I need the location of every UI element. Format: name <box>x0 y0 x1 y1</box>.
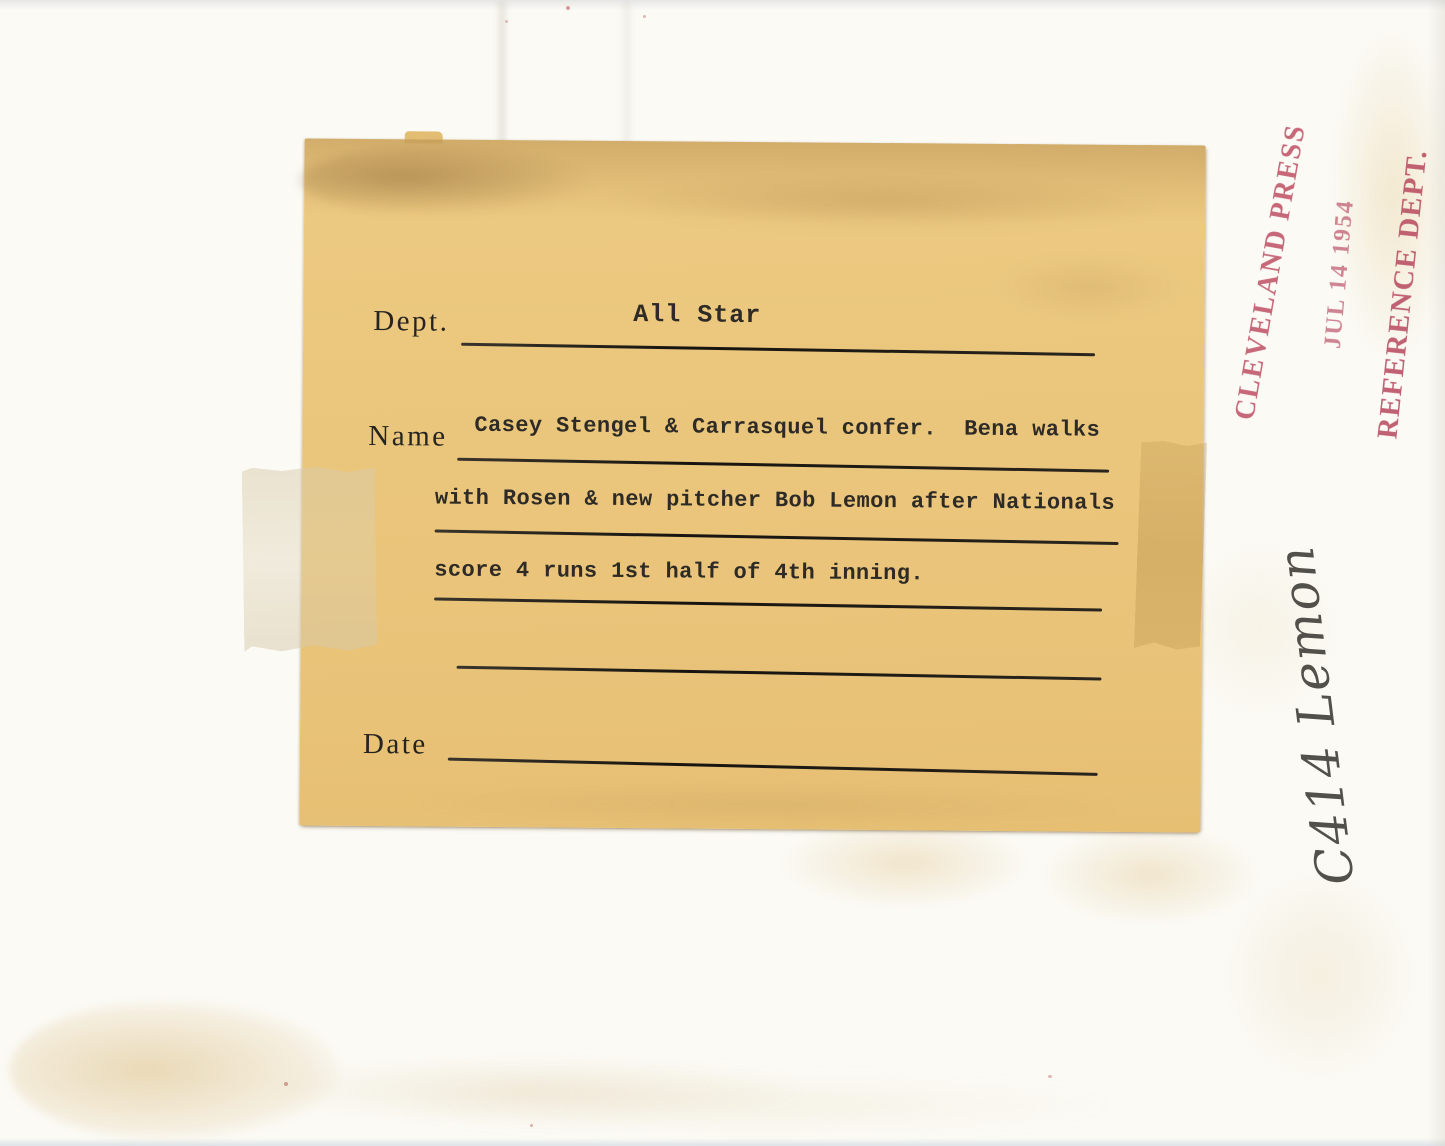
red-speck <box>643 15 646 18</box>
date-label: Date <box>363 728 428 762</box>
scan-edge-top <box>0 0 1445 10</box>
paper-crease <box>620 0 634 145</box>
caption-rule-4 <box>457 666 1102 681</box>
caption-rule-2 <box>435 530 1119 546</box>
red-speck <box>1048 1075 1052 1078</box>
stain <box>400 1075 1120 1135</box>
caption-line-2: with Rosen & new pitcher Bob Lemon after… <box>435 486 1115 516</box>
stain <box>10 1000 340 1140</box>
stain <box>780 818 1030 908</box>
stain <box>1225 870 1415 1080</box>
stamp-date: JUL 14 1954 <box>1320 198 1360 350</box>
card-stain <box>993 254 1184 320</box>
scan-edge-bottom <box>0 1138 1445 1146</box>
red-speck <box>530 1124 533 1127</box>
date-rule <box>448 758 1098 776</box>
stamp-reference-dept: REFERENCE DEPT. <box>1371 148 1434 441</box>
card-stain <box>419 779 1119 829</box>
red-speck <box>284 1082 288 1086</box>
dept-rule <box>461 343 1095 357</box>
red-speck <box>505 20 508 23</box>
dept-label: Dept. <box>373 305 449 339</box>
scanned-photo-back: Dept. All Star Name Casey Stengel & Carr… <box>0 0 1445 1146</box>
stamp-cleveland-press: CLEVELAND PRESS <box>1229 122 1313 423</box>
caption-line-1: Casey Stengel & Carrasquel confer. Bena … <box>474 413 1100 443</box>
name-rule <box>457 458 1109 473</box>
photo-caption-card: Dept. All Star Name Casey Stengel & Carr… <box>299 138 1205 832</box>
caption-rule-3 <box>434 598 1102 612</box>
name-label: Name <box>368 420 448 454</box>
red-speck <box>566 6 570 10</box>
caption-line-3: score 4 runs 1st half of 4th inning. <box>434 558 924 587</box>
tape-right <box>1134 440 1207 650</box>
handwritten-code: C414 Lemon <box>1266 542 1365 889</box>
dept-value: All Star <box>633 300 761 330</box>
stain <box>250 1055 810 1125</box>
stain <box>1040 825 1260 925</box>
